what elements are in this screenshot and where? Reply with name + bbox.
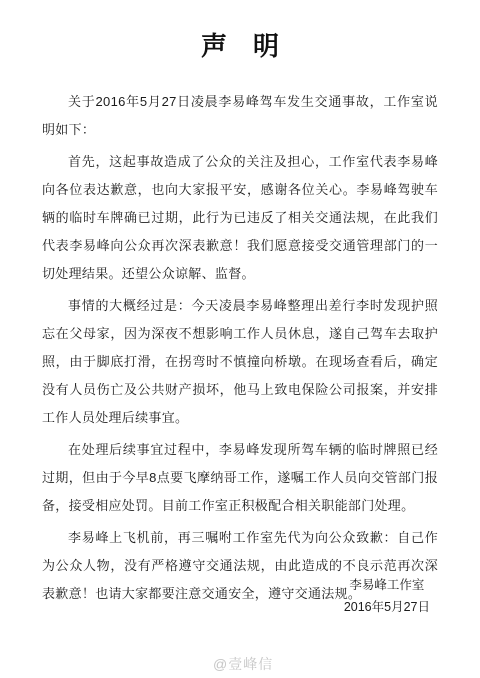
statement-document: 声 明 关于2016年5月27日凌晨李易峰驾车发生交通事故，工作室说明如下： 首… [0, 0, 480, 678]
signature-name: 李易峰工作室 [344, 574, 430, 596]
statement-paragraph: 首先，这起事故造成了公众的关注及担心，工作室代表李易峰向各位表达歉意，也向大家报… [42, 148, 438, 288]
statement-paragraph: 在处理后续事宜过程中，李易峰发现所驾车辆的临时牌照已经过期，但由于今早8点要飞摩… [42, 436, 438, 520]
watermark-text: @壹峰信 [213, 656, 273, 672]
document-body: 关于2016年5月27日凌晨李易峰驾车发生交通事故，工作室说明如下： 首先，这起… [42, 88, 438, 612]
document-title: 声 明 [0, 30, 480, 62]
intro-line: 关于2016年5月27日凌晨李易峰驾车发生交通事故，工作室说明如下： [42, 88, 438, 144]
signature-date: 2016年5月27日 [344, 596, 430, 618]
statement-paragraph: 事情的大概经过是：今天凌晨李易峰整理出差行李时发现护照忘在父母家，因为深夜不想影… [42, 292, 438, 432]
signature-block: 李易峰工作室 2016年5月27日 [344, 574, 430, 618]
